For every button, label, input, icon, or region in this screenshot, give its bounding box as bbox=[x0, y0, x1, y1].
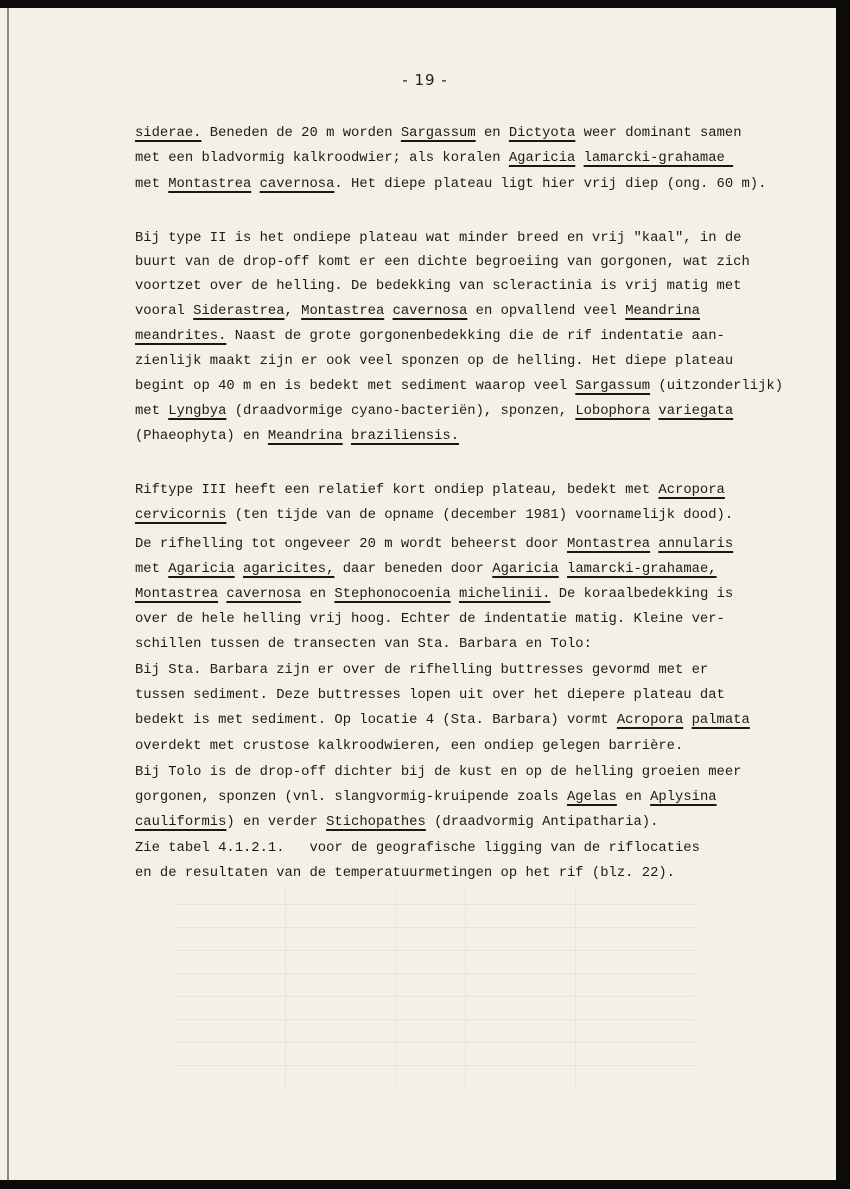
reverse-side-bleed-through bbox=[175, 888, 695, 1088]
text-run: Bij type II is het ondiepe plateau wat m… bbox=[135, 230, 741, 246]
text-run: Naast de grote gorgonenbedekking die de … bbox=[226, 328, 724, 344]
text-run: daar beneden door bbox=[334, 561, 492, 577]
taxon-name: Agaricia bbox=[168, 561, 234, 577]
text-run: (ten tijde van de opname (december 1981)… bbox=[226, 507, 733, 523]
taxon-name: Lobophora bbox=[575, 403, 650, 419]
page-edge-line bbox=[7, 8, 9, 1180]
taxon-name: Agaricia bbox=[492, 561, 558, 577]
taxon-name: Agelas bbox=[567, 789, 617, 805]
text-run: met bbox=[135, 176, 168, 192]
page-number: - 19 - bbox=[0, 71, 850, 89]
text-run: De rifhelling tot ongeveer 20 m wordt be… bbox=[135, 536, 567, 552]
text-run: zienlijk maakt zijn er ook veel sponzen … bbox=[135, 353, 733, 369]
text-line: Bij Sta. Barbara zijn er over de rifhell… bbox=[135, 661, 708, 679]
taxon-name: braziliensis. bbox=[351, 428, 459, 444]
text-run: (uitzonderlijk) bbox=[650, 378, 783, 394]
text-run: overdekt met crustose kalkroodwieren, ee… bbox=[135, 738, 683, 754]
text-run: tussen sediment. Deze buttresses lopen u… bbox=[135, 687, 725, 703]
text-run: met een bladvormig kalkroodwier; als kor… bbox=[135, 150, 509, 166]
text-run bbox=[251, 176, 259, 192]
text-run: (Phaeophyta) en bbox=[135, 428, 268, 444]
text-run: bedekt is met sediment. Op locatie 4 (St… bbox=[135, 712, 617, 728]
text-run: met bbox=[135, 403, 168, 419]
text-line: tussen sediment. Deze buttresses lopen u… bbox=[135, 686, 725, 704]
text-run bbox=[384, 303, 392, 319]
text-line: Montastrea cavernosa en Stephonocoenia m… bbox=[135, 585, 733, 603]
text-line: (Phaeophyta) en Meandrina braziliensis. bbox=[135, 427, 459, 445]
taxon-name: cervicornis bbox=[135, 507, 226, 523]
taxon-name: Acropora bbox=[658, 482, 724, 498]
text-run bbox=[451, 586, 459, 602]
taxon-name: Montastrea bbox=[567, 536, 650, 552]
taxon-name: Montastrea bbox=[301, 303, 384, 319]
text-run: weer dominant samen bbox=[575, 125, 741, 141]
text-line: en de resultaten van de temperatuurmetin… bbox=[135, 864, 675, 882]
text-run: Riftype III heeft een relatief kort ondi… bbox=[135, 482, 658, 498]
text-run: , bbox=[285, 303, 302, 319]
text-line: bedekt is met sediment. Op locatie 4 (St… bbox=[135, 711, 750, 729]
text-run bbox=[575, 150, 583, 166]
taxon-name: lamarcki-grahamae bbox=[584, 150, 734, 166]
text-run: met bbox=[135, 561, 168, 577]
text-line: met Montastrea cavernosa. Het diepe plat… bbox=[135, 175, 766, 193]
text-line: cervicornis (ten tijde van de opname (de… bbox=[135, 506, 733, 524]
text-line: vooral Siderastrea, Montastrea cavernosa… bbox=[135, 302, 700, 320]
taxon-name: Stephonocoenia bbox=[334, 586, 450, 602]
taxon-name: Montastrea bbox=[168, 176, 251, 192]
taxon-name: Lyngbya bbox=[168, 403, 226, 419]
text-line: over de hele helling vrij hoog. Echter d… bbox=[135, 610, 725, 628]
taxon-name: annularis bbox=[658, 536, 733, 552]
text-line: Riftype III heeft een relatief kort ondi… bbox=[135, 481, 725, 499]
taxon-name: Sargassum bbox=[401, 125, 476, 141]
taxon-name: cavernosa bbox=[226, 586, 301, 602]
taxon-name: variegata bbox=[658, 403, 733, 419]
text-line: Bij Tolo is de drop-off dichter bij de k… bbox=[135, 763, 741, 781]
text-run: ) en verder bbox=[226, 814, 326, 830]
text-run: en bbox=[301, 586, 334, 602]
text-run bbox=[235, 561, 243, 577]
taxon-name: Dictyota bbox=[509, 125, 575, 141]
text-line: siderae. Beneden de 20 m worden Sargassu… bbox=[135, 124, 742, 142]
text-run bbox=[683, 712, 691, 728]
text-line: De rifhelling tot ongeveer 20 m wordt be… bbox=[135, 535, 733, 553]
taxon-name: Sargassum bbox=[575, 378, 650, 394]
text-run: (draadvormig Antipatharia). bbox=[426, 814, 659, 830]
text-run: Bij Sta. Barbara zijn er over de rifhell… bbox=[135, 662, 708, 678]
text-line: voortzet over de helling. De bedekking v… bbox=[135, 277, 741, 295]
text-line: met Agaricia agaricites, daar beneden do… bbox=[135, 560, 717, 578]
taxon-name: Aplysina bbox=[650, 789, 716, 805]
text-run: voortzet over de helling. De bedekking v… bbox=[135, 278, 741, 294]
taxon-name: Siderastrea bbox=[193, 303, 284, 319]
text-run: begint op 40 m en is bedekt met sediment… bbox=[135, 378, 575, 394]
text-line: Bij type II is het ondiepe plateau wat m… bbox=[135, 229, 741, 247]
taxon-name: Acropora bbox=[617, 712, 683, 728]
text-run: Bij Tolo is de drop-off dichter bij de k… bbox=[135, 764, 741, 780]
text-line: buurt van de drop-off komt er een dichte… bbox=[135, 253, 750, 271]
text-run bbox=[559, 561, 567, 577]
taxon-name: palmata bbox=[692, 712, 750, 728]
text-run: gorgonen, sponzen (vnl. slangvormig-krui… bbox=[135, 789, 567, 805]
text-run: en bbox=[476, 125, 509, 141]
taxon-name: Stichopathes bbox=[326, 814, 426, 830]
text-run: (draadvormige cyano-bacteriën), sponzen, bbox=[226, 403, 575, 419]
taxon-name: cavernosa bbox=[393, 303, 468, 319]
taxon-name: Meandrina bbox=[625, 303, 700, 319]
text-run: en bbox=[617, 789, 650, 805]
taxon-name: Montastrea bbox=[135, 586, 218, 602]
taxon-name: Meandrina bbox=[268, 428, 343, 444]
taxon-name: cauliformis bbox=[135, 814, 226, 830]
text-line: zienlijk maakt zijn er ook veel sponzen … bbox=[135, 352, 733, 370]
text-line: Zie tabel 4.1.2.1. voor de geografische … bbox=[135, 839, 700, 857]
text-line: met een bladvormig kalkroodwier; als kor… bbox=[135, 149, 733, 167]
text-run: en opvallend veel bbox=[467, 303, 625, 319]
text-run: Beneden de 20 m worden bbox=[201, 125, 400, 141]
taxon-name: lamarcki-grahamae, bbox=[567, 561, 717, 577]
taxon-name: agaricites, bbox=[243, 561, 334, 577]
text-run: vooral bbox=[135, 303, 193, 319]
text-line: overdekt met crustose kalkroodwieren, ee… bbox=[135, 737, 683, 755]
taxon-name: siderae. bbox=[135, 125, 201, 141]
text-run: en de resultaten van de temperatuurmetin… bbox=[135, 865, 675, 881]
text-run: Zie tabel 4.1.2.1. voor de geografische … bbox=[135, 840, 700, 856]
text-run: buurt van de drop-off komt er een dichte… bbox=[135, 254, 750, 270]
text-line: cauliformis) en verder Stichopathes (dra… bbox=[135, 813, 658, 831]
taxon-name: michelinii. bbox=[459, 586, 550, 602]
taxon-name: cavernosa bbox=[260, 176, 335, 192]
text-run: De koraalbedekking is bbox=[550, 586, 733, 602]
text-run: . Het diepe plateau ligt hier vrij diep … bbox=[334, 176, 766, 192]
text-line: begint op 40 m en is bedekt met sediment… bbox=[135, 377, 783, 395]
text-line: gorgonen, sponzen (vnl. slangvormig-krui… bbox=[135, 788, 717, 806]
text-run: over de hele helling vrij hoog. Echter d… bbox=[135, 611, 725, 627]
taxon-name: Agaricia bbox=[509, 150, 575, 166]
text-line: meandrites. Naast de grote gorgonenbedek… bbox=[135, 327, 725, 345]
text-run bbox=[343, 428, 351, 444]
taxon-name: meandrites. bbox=[135, 328, 226, 344]
text-line: schillen tussen de transecten van Sta. B… bbox=[135, 635, 592, 653]
text-run: schillen tussen de transecten van Sta. B… bbox=[135, 636, 592, 652]
text-line: met Lyngbya (draadvormige cyano-bacterië… bbox=[135, 402, 733, 420]
